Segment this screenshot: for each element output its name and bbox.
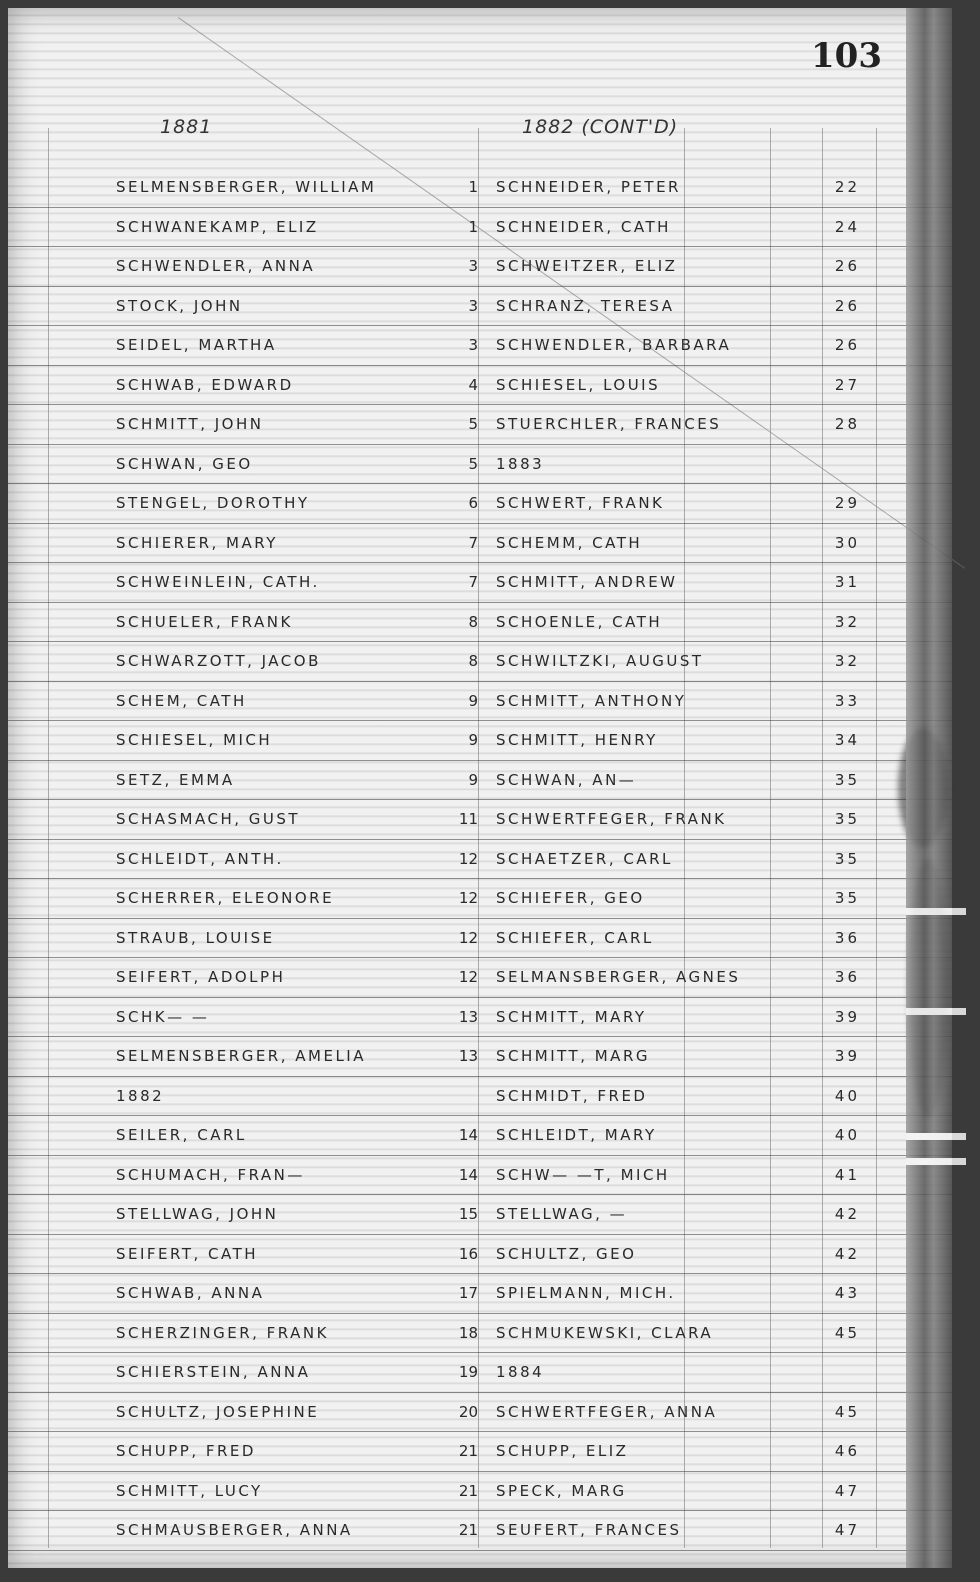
left-name: SCHLEIDT, ANTH. — [116, 850, 284, 868]
day-number: 8 — [456, 613, 478, 631]
entry-number: 30 — [820, 534, 860, 552]
ledger-row: SCHUPP, FRED21SCHUPP, ELIZ46 — [8, 1432, 952, 1472]
right-name: SCHUPP, ELIZ — [496, 1442, 628, 1460]
entry-number: 35 — [820, 771, 860, 789]
day-number: 4 — [456, 376, 478, 394]
ledger-row: STRAUB, LOUISE12SCHIEFER, CARL36 — [8, 919, 952, 959]
ledger-row: SCHWAB, ANNA17SPIELMANN, MICH.43 — [8, 1274, 952, 1314]
day-number: 20 — [456, 1403, 478, 1421]
day-number: 1 — [456, 178, 478, 196]
right-name: SPECK, MARG — [496, 1482, 627, 1500]
ledger-row: SCHMAUSBERGER, ANNA21SEUFERT, FRANCES47 — [8, 1511, 952, 1551]
right-name: SCHWENDLER, BARBARA — [496, 336, 731, 354]
day-number: 12 — [456, 850, 478, 868]
left-name: SCHWARZOTT, JACOB — [116, 652, 321, 670]
left-name: SCHMAUSBERGER, ANNA — [116, 1521, 353, 1539]
right-column-year: 1882 (CONT'D) — [522, 116, 678, 138]
left-name: SCHASMACH, GUST — [116, 810, 300, 828]
entry-number: 39 — [820, 1008, 860, 1026]
right-name: SCHMITT, MARY — [496, 1008, 647, 1026]
day-number: 1 — [456, 218, 478, 236]
day-number: 19 — [456, 1363, 478, 1381]
ledger-row: SCHIERSTEIN, ANNA191884 — [8, 1353, 952, 1393]
left-name: SEIDEL, MARTHA — [116, 336, 277, 354]
right-name: SCHWERT, FRANK — [496, 494, 664, 512]
right-name: SCHWILTZKI, AUGUST — [496, 652, 704, 670]
left-name: SCHWAB, EDWARD — [116, 376, 294, 394]
day-number: 16 — [456, 1245, 478, 1263]
ledger-row: 1882SCHMIDT, FRED40 — [8, 1077, 952, 1117]
ledger-row: SEIDEL, MARTHA3SCHWENDLER, BARBARA26 — [8, 326, 952, 366]
right-name: SCHMITT, ANTHONY — [496, 692, 686, 710]
entry-number: 42 — [820, 1245, 860, 1263]
ledger-row: SCHEM, CATH9SCHMITT, ANTHONY33 — [8, 682, 952, 722]
ledger-row: SELMENSBERGER, AMELIA13SCHMITT, MARG39 — [8, 1037, 952, 1077]
left-name: SCHULTZ, JOSEPHINE — [116, 1403, 319, 1421]
day-number: 11 — [456, 810, 478, 828]
left-name: STOCK, JOHN — [116, 297, 243, 315]
left-name: SETZ, EMMA — [116, 771, 235, 789]
ledger-row: SEIFERT, CATH16SCHULTZ, GEO42 — [8, 1235, 952, 1275]
right-name: SCHNEIDER, PETER — [496, 178, 681, 196]
entry-number: 41 — [820, 1166, 860, 1184]
page-number: 103 — [811, 36, 882, 76]
day-number: 21 — [456, 1442, 478, 1460]
right-name: SELMANSBERGER, AGNES — [496, 968, 740, 986]
right-name: SCHMITT, ANDREW — [496, 573, 678, 591]
ledger-page: 103 1881 1882 (CONT'D) SELMENSBERGER, WI… — [8, 8, 952, 1568]
entry-number: 36 — [820, 929, 860, 947]
day-number: 9 — [456, 731, 478, 749]
right-name: SCHULTZ, GEO — [496, 1245, 636, 1263]
entry-number: 32 — [820, 652, 860, 670]
ledger-row: SCHLEIDT, ANTH.12SCHAETZER, CARL35 — [8, 840, 952, 880]
day-number: 13 — [456, 1047, 478, 1065]
entry-number: 35 — [820, 810, 860, 828]
day-number: 12 — [456, 889, 478, 907]
right-name: SCHAETZER, CARL — [496, 850, 673, 868]
day-number: 12 — [456, 968, 478, 986]
day-number: 9 — [456, 692, 478, 710]
day-number: 13 — [456, 1008, 478, 1026]
right-name: SCHMITT, HENRY — [496, 731, 658, 749]
right-name: SCHWERTFEGER, FRANK — [496, 810, 727, 828]
ledger-rows: SELMENSBERGER, WILLIAM1SCHNEIDER, PETER2… — [8, 168, 952, 1551]
entry-number: 42 — [820, 1205, 860, 1223]
right-name: SCHWEITZER, ELIZ — [496, 257, 677, 275]
entry-number: 32 — [820, 613, 860, 631]
left-name: SEIFERT, ADOLPH — [116, 968, 285, 986]
right-name: SCHNEIDER, CATH — [496, 218, 671, 236]
entry-number: 45 — [820, 1324, 860, 1342]
right-name: SCHMUKEWSKI, CLARA — [496, 1324, 713, 1342]
ledger-row: SCHWANEKAMP, ELIZ1SCHNEIDER, CATH24 — [8, 208, 952, 248]
entry-number: 47 — [820, 1482, 860, 1500]
ledger-row: SEILER, CARL14SCHLEIDT, MARY40 — [8, 1116, 952, 1156]
day-number: 3 — [456, 297, 478, 315]
right-name: SCHW— —T, MICH — [496, 1166, 670, 1184]
day-number: 5 — [456, 455, 478, 473]
right-name: 1884 — [496, 1363, 544, 1381]
entry-number: 22 — [820, 178, 860, 196]
left-name: SCHUELER, FRANK — [116, 613, 293, 631]
ledger-row: SCHMITT, JOHN5STUERCHLER, FRANCES28 — [8, 405, 952, 445]
right-name: SCHMIDT, FRED — [496, 1087, 647, 1105]
ledger-row: SETZ, EMMA9SCHWAN, AN—35 — [8, 761, 952, 801]
day-number: 9 — [456, 771, 478, 789]
ledger-row: SELMENSBERGER, WILLIAM1SCHNEIDER, PETER2… — [8, 168, 952, 208]
entry-number: 35 — [820, 850, 860, 868]
right-name: SCHIEFER, GEO — [496, 889, 645, 907]
day-number: 7 — [456, 534, 478, 552]
left-name: SCHERZINGER, FRANK — [116, 1324, 329, 1342]
ledger-row: SCHMITT, LUCY21SPECK, MARG47 — [8, 1472, 952, 1512]
left-name: SCHWANEKAMP, ELIZ — [116, 218, 319, 236]
ledger-row: SCHERRER, ELEONORE12SCHIEFER, GEO35 — [8, 879, 952, 919]
entry-number: 36 — [820, 968, 860, 986]
ledger-row: STOCK, JOHN3SCHRANZ, TERESA26 — [8, 287, 952, 327]
left-name: SCHUMACH, FRAN— — [116, 1166, 305, 1184]
left-name: SCHMITT, LUCY — [116, 1482, 263, 1500]
right-name: 1883 — [496, 455, 544, 473]
day-number: 21 — [456, 1482, 478, 1500]
day-number: 15 — [456, 1205, 478, 1223]
right-name: SEUFERT, FRANCES — [496, 1521, 682, 1539]
day-number: 7 — [456, 573, 478, 591]
entry-number: 29 — [820, 494, 860, 512]
day-number: 21 — [456, 1521, 478, 1539]
entry-number: 31 — [820, 573, 860, 591]
ledger-row: SCHWENDLER, ANNA3SCHWEITZER, ELIZ26 — [8, 247, 952, 287]
right-name: STELLWAG, — — [496, 1205, 627, 1223]
day-number: 8 — [456, 652, 478, 670]
day-number: 6 — [456, 494, 478, 512]
day-number: 17 — [456, 1284, 478, 1302]
entry-number: 40 — [820, 1087, 860, 1105]
right-name: SPIELMANN, MICH. — [496, 1284, 676, 1302]
ledger-row: SCHWEINLEIN, CATH.7SCHMITT, ANDREW31 — [8, 563, 952, 603]
day-number: 12 — [456, 929, 478, 947]
left-name: SCHERRER, ELEONORE — [116, 889, 334, 907]
right-name: SCHMITT, MARG — [496, 1047, 650, 1065]
right-name: SCHWERTFEGER, ANNA — [496, 1403, 717, 1421]
left-name: SEILER, CARL — [116, 1126, 247, 1144]
ledger-row: SCHUELER, FRANK8SCHOENLE, CATH32 — [8, 603, 952, 643]
left-name: STRAUB, LOUISE — [116, 929, 275, 947]
right-name: SCHRANZ, TERESA — [496, 297, 674, 315]
left-name: SCHMITT, JOHN — [116, 415, 263, 433]
entry-number: 43 — [820, 1284, 860, 1302]
ledger-row: SCHIERER, MARY7SCHEMM, CATH30 — [8, 524, 952, 564]
ledger-row: SCHUMACH, FRAN—14SCHW— —T, MICH41 — [8, 1156, 952, 1196]
entry-number: 45 — [820, 1403, 860, 1421]
entry-number: 26 — [820, 297, 860, 315]
left-name: STELLWAG, JOHN — [116, 1205, 278, 1223]
ledger-row: SCHASMACH, GUST11SCHWERTFEGER, FRANK35 — [8, 800, 952, 840]
day-number: 14 — [456, 1166, 478, 1184]
right-name: SCHOENLE, CATH — [496, 613, 662, 631]
left-name: SELMENSBERGER, WILLIAM — [116, 178, 376, 196]
left-name: SCHEM, CATH — [116, 692, 247, 710]
right-name: STUERCHLER, FRANCES — [496, 415, 721, 433]
entry-number: 46 — [820, 1442, 860, 1460]
left-name: SCHWAB, ANNA — [116, 1284, 264, 1302]
right-name: SCHIEFER, CARL — [496, 929, 654, 947]
entry-number: 35 — [820, 889, 860, 907]
left-name: SELMENSBERGER, AMELIA — [116, 1047, 366, 1065]
day-number: 14 — [456, 1126, 478, 1144]
right-name: SCHIESEL, LOUIS — [496, 376, 660, 394]
ledger-row: SEIFERT, ADOLPH12SELMANSBERGER, AGNES36 — [8, 958, 952, 998]
left-name: SCHK— — — [116, 1008, 209, 1026]
ledger-row: STELLWAG, JOHN15STELLWAG, —42 — [8, 1195, 952, 1235]
entry-number: 24 — [820, 218, 860, 236]
day-number: 3 — [456, 257, 478, 275]
ledger-row: SCHERZINGER, FRANK18SCHMUKEWSKI, CLARA45 — [8, 1314, 952, 1354]
left-name: SCHIERSTEIN, ANNA — [116, 1363, 310, 1381]
entry-number: 40 — [820, 1126, 860, 1144]
ledger-row: SCHIESEL, MICH9SCHMITT, HENRY34 — [8, 721, 952, 761]
ledger-row: SCHWAN, GEO51883 — [8, 445, 952, 485]
entry-number: 26 — [820, 336, 860, 354]
entry-number: 28 — [820, 415, 860, 433]
right-name: SCHWAN, AN— — [496, 771, 636, 789]
entry-number: 33 — [820, 692, 860, 710]
day-number: 3 — [456, 336, 478, 354]
left-name: SCHIESEL, MICH — [116, 731, 272, 749]
entry-number: 34 — [820, 731, 860, 749]
entry-number: 39 — [820, 1047, 860, 1065]
left-name: SCHWENDLER, ANNA — [116, 257, 315, 275]
ledger-row: SCHK— —13SCHMITT, MARY39 — [8, 998, 952, 1038]
left-name: SEIFERT, CATH — [116, 1245, 258, 1263]
entry-number: 47 — [820, 1521, 860, 1539]
day-number: 18 — [456, 1324, 478, 1342]
left-name: SCHUPP, FRED — [116, 1442, 256, 1460]
entry-number: 26 — [820, 257, 860, 275]
left-name: SCHWAN, GEO — [116, 455, 253, 473]
left-column-year: 1881 — [160, 116, 212, 138]
entry-number: 27 — [820, 376, 860, 394]
left-name: 1882 — [116, 1087, 164, 1105]
right-name: SCHLEIDT, MARY — [496, 1126, 657, 1144]
binding-edge — [906, 8, 952, 1568]
ledger-row: SCHULTZ, JOSEPHINE20SCHWERTFEGER, ANNA45 — [8, 1393, 952, 1433]
ledger-row: STENGEL, DOROTHY6SCHWERT, FRANK29 — [8, 484, 952, 524]
left-name: SCHWEINLEIN, CATH. — [116, 573, 320, 591]
left-name: SCHIERER, MARY — [116, 534, 278, 552]
right-name: SCHEMM, CATH — [496, 534, 642, 552]
ledger-row: SCHWARZOTT, JACOB8SCHWILTZKI, AUGUST32 — [8, 642, 952, 682]
day-number: 5 — [456, 415, 478, 433]
ledger-row: SCHWAB, EDWARD4SCHIESEL, LOUIS27 — [8, 366, 952, 406]
left-name: STENGEL, DOROTHY — [116, 494, 310, 512]
